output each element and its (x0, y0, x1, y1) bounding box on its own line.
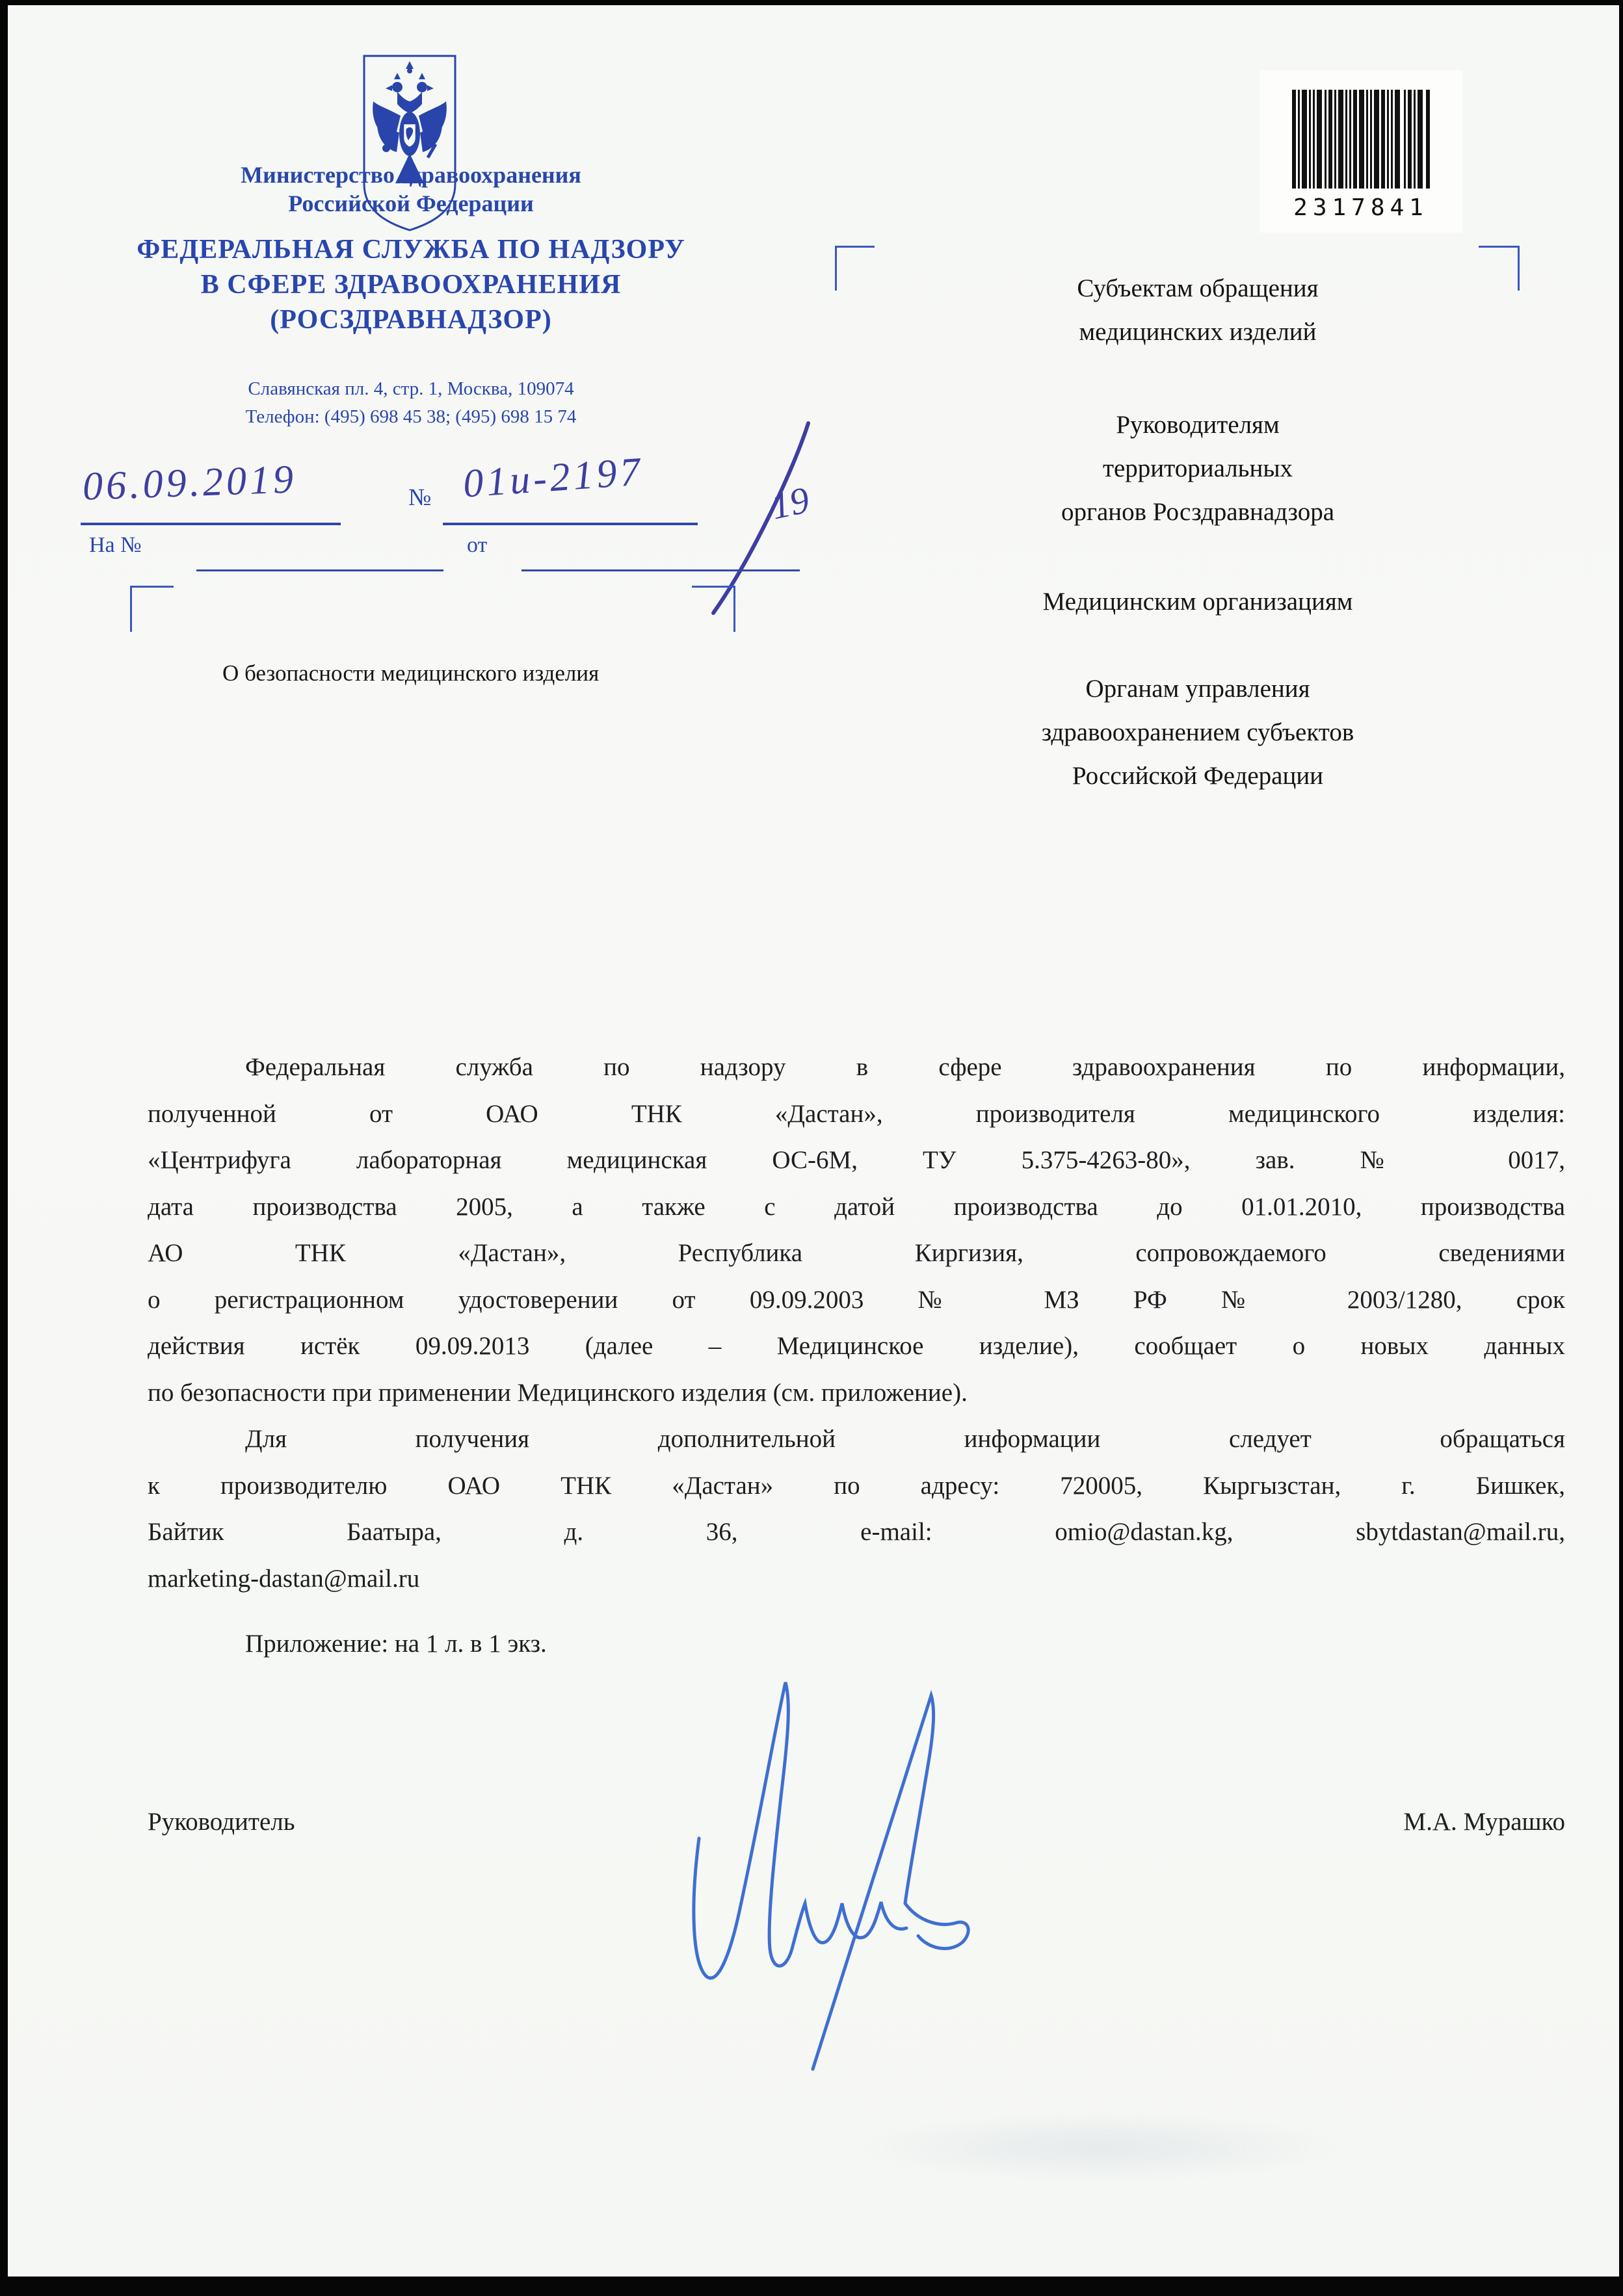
addressee-line: медицинских изделий (840, 310, 1555, 354)
addressee-line: Медицинским организациям (840, 580, 1555, 623)
body-line: Байтик Баатыра, д. 36, e-mail: omio@dast… (148, 1509, 1565, 1556)
addressee-line: Субъектам обращения (840, 267, 1555, 310)
addressee-line: органов Росздравнадзора (840, 490, 1555, 534)
handwritten-number-suffix: 19 (767, 478, 813, 528)
service-line-1: ФЕДЕРАЛЬНАЯ СЛУЖБА ПО НАДЗОРУ (112, 234, 710, 265)
body-line: Федеральная служба по надзору в сфере зд… (148, 1044, 1565, 1091)
body-line: marketing-dastan@mail.ru (148, 1556, 1565, 1602)
addressee-line: Российской Федерации (840, 754, 1555, 798)
bleed-through-artifact (853, 2111, 1347, 2183)
addressee-block-1: Субъектам обращения медицинских изделий (840, 267, 1555, 354)
addressee-line: Органам управления (840, 667, 1555, 711)
signer-title: Руководитель (148, 1807, 295, 1836)
barcode-number: 2317841 (1260, 194, 1462, 221)
ref-from-label: от (467, 533, 487, 558)
signer-name: М.А. Мурашко (1178, 1807, 1565, 1836)
service-line-2: В СФЕРЕ ЗДРАВООХРАНЕНИЯ (112, 269, 710, 300)
document-page: Министерство здравоохранения Российской … (8, 5, 1619, 2276)
org-phone: Телефон: (495) 698 45 38; (495) 698 15 7… (112, 406, 710, 428)
addressee-line: территориальных (840, 447, 1555, 490)
attachment-line: Приложение: на 1 л. в 1 экз. (245, 1629, 547, 1658)
addressee-block-2: Руководителям территориальных органов Ро… (840, 403, 1555, 534)
handwritten-date: 06.09.2019 (82, 456, 297, 510)
body-line: к производителю ОАО ТНК «Дастан» по адре… (148, 1463, 1565, 1509)
body-line: дата производства 2005, а также с датой … (148, 1184, 1565, 1231)
body-line: АО ТНК «Дастан», Республика Киргизия, со… (148, 1230, 1565, 1277)
ministry-line-1: Министерство здравоохранения (112, 161, 710, 189)
subject-line: О безопасности медицинского изделия (222, 660, 599, 686)
ref-number-underline (196, 569, 443, 571)
addressee-block-4: Органам управления здравоохранением субъ… (840, 667, 1555, 798)
body-line: о регистрационном удостоверении от 09.09… (148, 1277, 1565, 1324)
barcode-bars-icon (1292, 90, 1430, 189)
scan-background: { "letterhead": { "ministry_line1": "Мин… (0, 0, 1623, 2296)
number-sign: № (408, 484, 431, 512)
ministry-line-2: Российской Федерации (112, 190, 710, 217)
addressee-block-3: Медицинским организациям (840, 580, 1555, 623)
body-text: Федеральная служба по надзору в сфере зд… (148, 1044, 1565, 1602)
body-line: Для получения дополнительной информации … (148, 1416, 1565, 1463)
addressee-line: здравоохранением субъектов (840, 711, 1555, 754)
ref-date-underline (521, 569, 800, 571)
signature-icon (658, 1643, 1126, 2098)
body-line: «Центрифуга лабораторная медицинская ОС-… (148, 1137, 1565, 1184)
number-underline (443, 523, 698, 525)
corner-mark-subject-right (692, 586, 735, 632)
service-line-3: (РОСЗДРАВНАДЗОР) (112, 304, 710, 335)
handwritten-number: 01и-2197 (462, 449, 645, 507)
body-line: действия истёк 09.09.2013 (далее – Медиц… (148, 1323, 1565, 1370)
addressee-line: Руководителям (840, 403, 1555, 447)
body-line: по безопасности при применении Медицинск… (148, 1370, 1565, 1416)
date-underline (81, 523, 341, 525)
barcode: 2317841 (1260, 70, 1462, 233)
ref-number-label: На № (89, 533, 142, 558)
corner-mark-subject-left (130, 586, 174, 632)
body-line: полученной от ОАО ТНК «Дастан», производ… (148, 1091, 1565, 1138)
org-address: Славянская пл. 4, стр. 1, Москва, 109074 (112, 378, 710, 400)
